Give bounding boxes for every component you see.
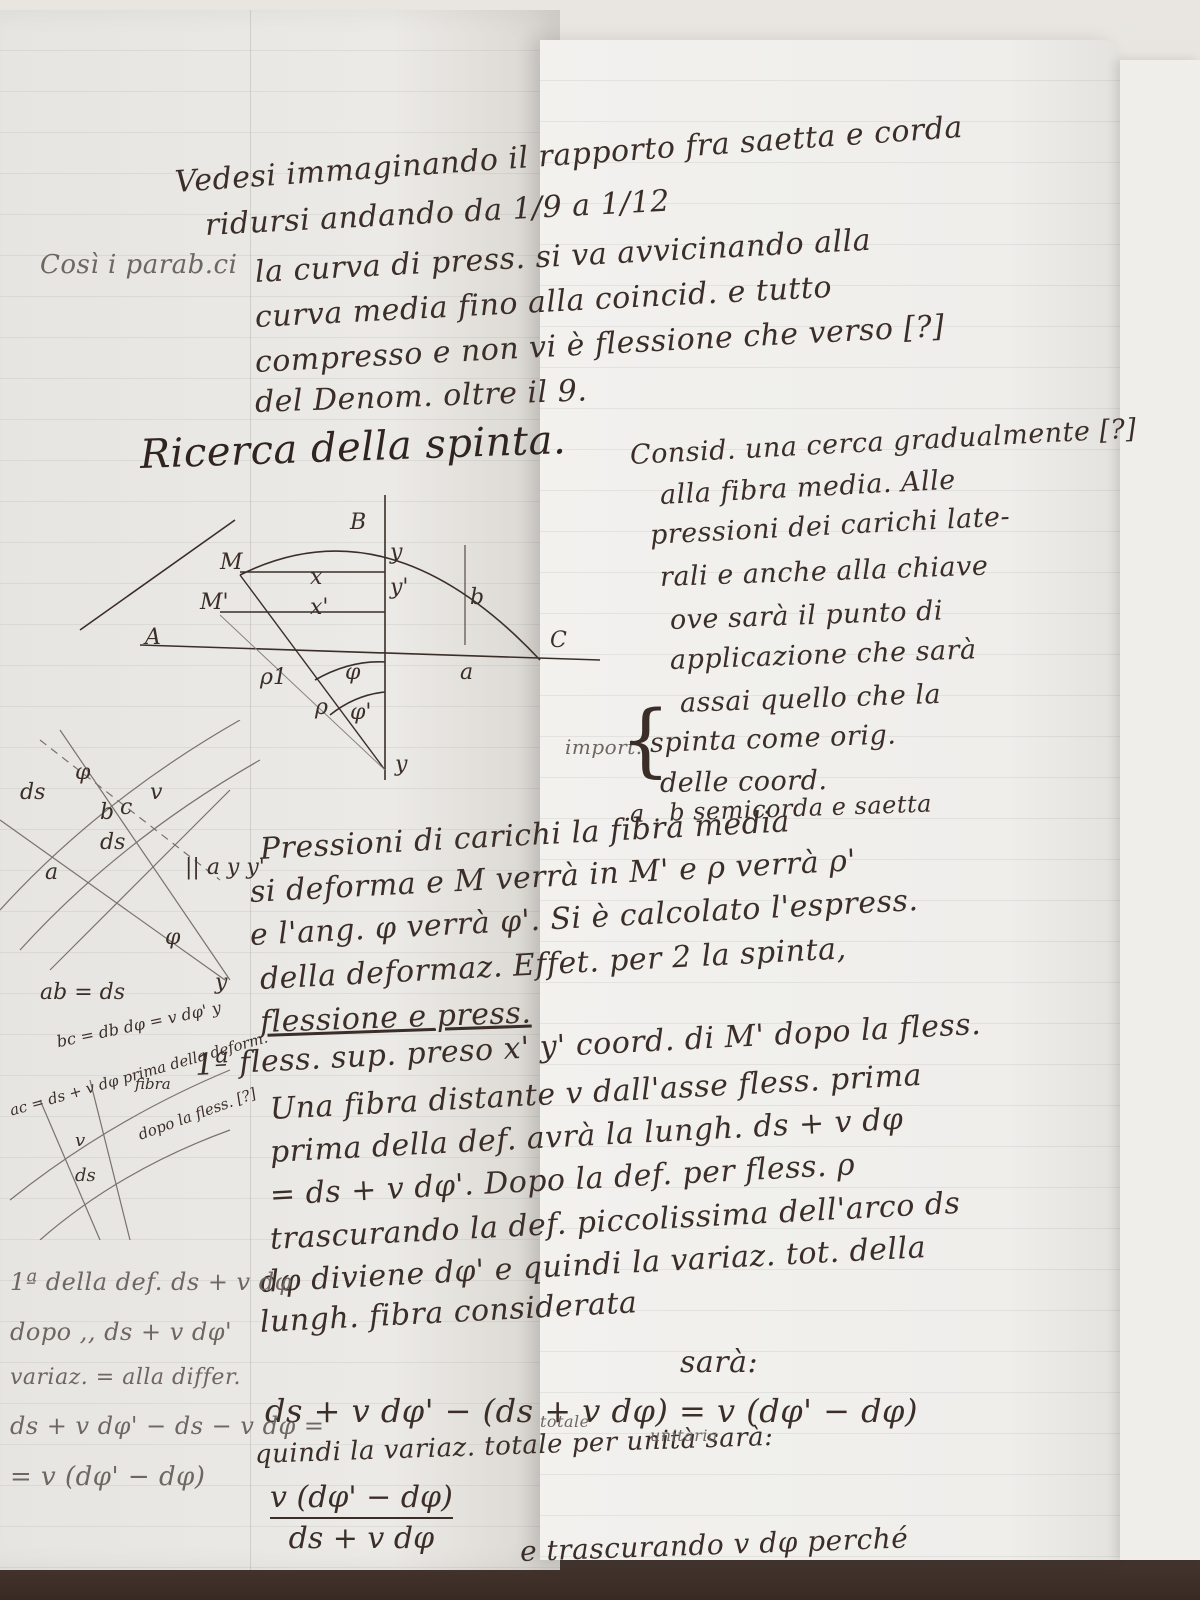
sketch-label: v [150,780,162,805]
fraction-denominator: ds + v dφ [270,1521,453,1556]
diagram-label-x: x [310,565,322,590]
diagram-label-b: b [470,585,484,610]
sketch-label: ds [20,780,45,805]
diagram-label-y-prime: y' [390,575,408,600]
diagram-label-a: a [460,660,473,685]
sketch-label: φ [165,925,180,950]
margin-note-top: Così i parab.ci [40,250,237,280]
diagram-label-phi: φ [345,660,360,685]
sketch-label: || a y y' [185,855,265,880]
diagram-label-C: C [550,628,567,653]
sketch-equation: ds [75,1165,96,1186]
fraction: v (dφ' − dφ) ds + v dφ [270,1480,453,1556]
body-line: sarà: [680,1345,758,1380]
margin-sketch: ds φ a b c ds v φ || a y y' y ab = ds bc… [0,720,300,1240]
margin-equation: 1ª della def. ds + v dφ [10,1268,292,1296]
sketch-label: y [215,970,227,995]
margin-equation: ds + v dφ' − ds − v dφ = [10,1412,325,1440]
sketch-label: ds [100,830,125,855]
sketch-label: a [45,860,58,885]
diagram-label-pole: y [395,752,407,777]
diagram-label-y: y [390,540,402,565]
next-sheet-edge [1120,60,1200,1560]
fraction-numerator: v (dφ' − dφ) [270,1480,453,1515]
sketch-label: b [100,800,114,825]
sketch-label: c [120,795,132,820]
diagram-label-rho: ρ [315,695,328,720]
sketch-equation: ab = ds [40,980,125,1005]
diagram-label-x-prime: x' [310,595,328,620]
sketch-equation: v [75,1130,85,1151]
diagram-label-B: B [350,510,366,535]
fraction-bar [270,1517,453,1519]
equation-main: ds + v dφ' − (ds + v dφ) = v (dφ' − dφ) [265,1392,918,1430]
pencil-annotation: totale [540,1412,590,1431]
diagram-label-A: A [145,625,161,650]
margin-equation: variaz. = alla differ. [10,1365,241,1390]
brace-glyph: { [620,700,671,780]
pencil-annotation: unitaria [650,1426,718,1445]
diagram-label-M-prime: M' [200,590,229,615]
sketch-label: φ [75,760,90,785]
diagram-label-M: M [220,550,243,575]
margin-equation: dopo ,, ds + v dφ' [10,1318,232,1346]
diagram-label-rho1: ρ1 [260,665,287,690]
margin-equation: = v (dφ' − dφ) [10,1462,205,1492]
sketch-equation: fibra [135,1075,171,1093]
diagram-label-phi-prime: φ' [350,700,371,725]
